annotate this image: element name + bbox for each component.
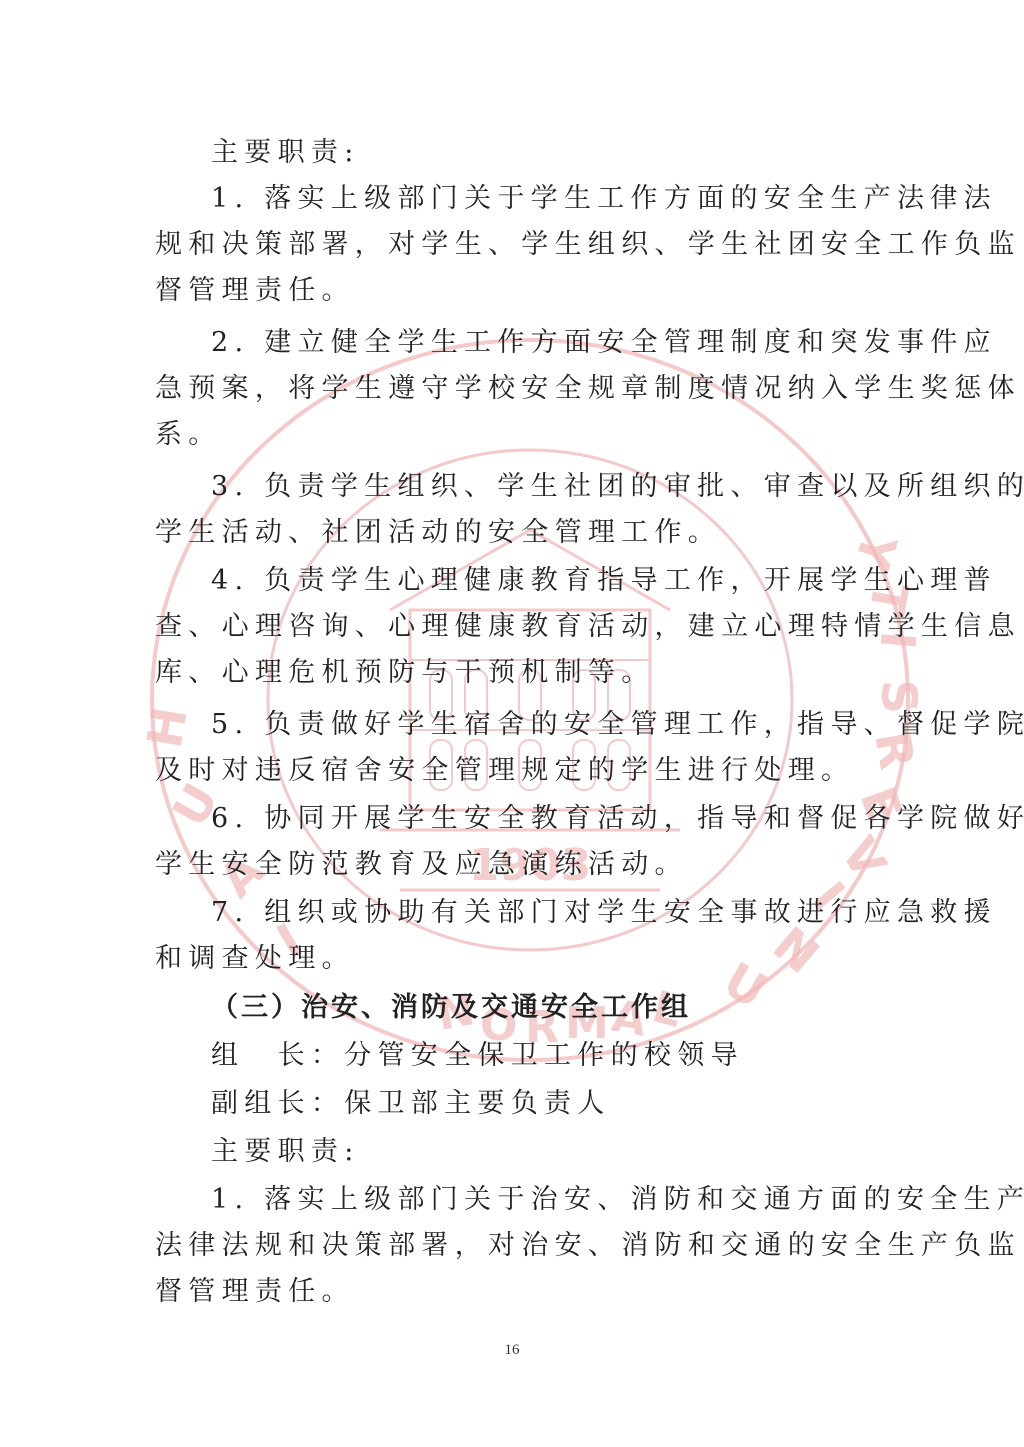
deputy-group-leader-line: 副组长：保卫部主要负责人 <box>211 1081 611 1127</box>
duty-6-line-2: 学生安全防范教育及应急演练活动。 <box>155 842 688 888</box>
duty-4-line-1: 4. 负责学生心理健康教育指导工作，开展学生心理普 <box>211 558 997 604</box>
duty-6-line-1: 6. 协同开展学生安全教育活动，指导和督促各学院做好 <box>211 796 1024 842</box>
security-duty-1-line-1: 1. 落实上级部门关于治安、消防和交通方面的安全生产 <box>211 1177 1024 1223</box>
duty-1-line-3: 督管理责任。 <box>155 268 355 314</box>
duty-5-line-1: 5. 负责做好学生宿舍的安全管理工作，指导、督促学院 <box>211 702 1024 748</box>
svg-text:U: U <box>714 952 776 1020</box>
duty-7-line-2: 和调查处理。 <box>155 936 355 982</box>
duty-2-line-2: 急预案，将学生遵守学校安全规章制度情况纳入学生奖惩体 <box>155 366 1021 412</box>
duty-2-line-3: 系。 <box>155 412 222 458</box>
svg-text:H: H <box>140 703 199 752</box>
security-duty-1-line-2: 法律法规和决策部署，对治安、消防和交通的安全生产负监 <box>155 1223 1021 1269</box>
duty-3-line-1: 3. 负责学生组织、学生社团的审批、审查以及所组织的 <box>211 464 1024 510</box>
group-leader-line: 组 长：分管安全保卫工作的校领导 <box>211 1033 744 1079</box>
duty-3-line-2: 学生活动、社团活动的安全管理工作。 <box>155 510 721 556</box>
duties-heading: 主要职责: <box>211 130 360 176</box>
security-duty-1-line-3: 督管理责任。 <box>155 1269 355 1315</box>
section-heading-security-fire-traffic: （三）治安、消防及交通安全工作组 <box>211 985 691 1031</box>
duty-4-line-3: 库、心理危机预防与干预机制等。 <box>155 650 655 696</box>
duty-1-line-1: 1. 落实上级部门关于学生工作方面的安全生产法律法 <box>211 176 997 222</box>
page-number: 16 <box>0 1342 1024 1359</box>
duties-heading-2: 主要职责: <box>211 1129 360 1175</box>
duty-7-line-1: 7. 组织或协助有关部门对学生安全事故进行应急救援 <box>211 890 997 936</box>
duty-1-line-2: 规和决策部署，对学生、学生组织、学生社团安全工作负监 <box>155 222 1021 268</box>
duty-5-line-2: 及时对违反宿舍安全管理规定的学生进行处理。 <box>155 748 854 794</box>
duty-4-line-2: 查、心理咨询、心理健康教育活动，建立心理特情学生信息 <box>155 604 1021 650</box>
document-page: 1903 H U A I N O R M A L U N I V E R S I… <box>0 0 1024 1447</box>
duty-2-line-1: 2. 建立健全学生工作方面安全管理制度和突发事件应 <box>211 320 997 366</box>
